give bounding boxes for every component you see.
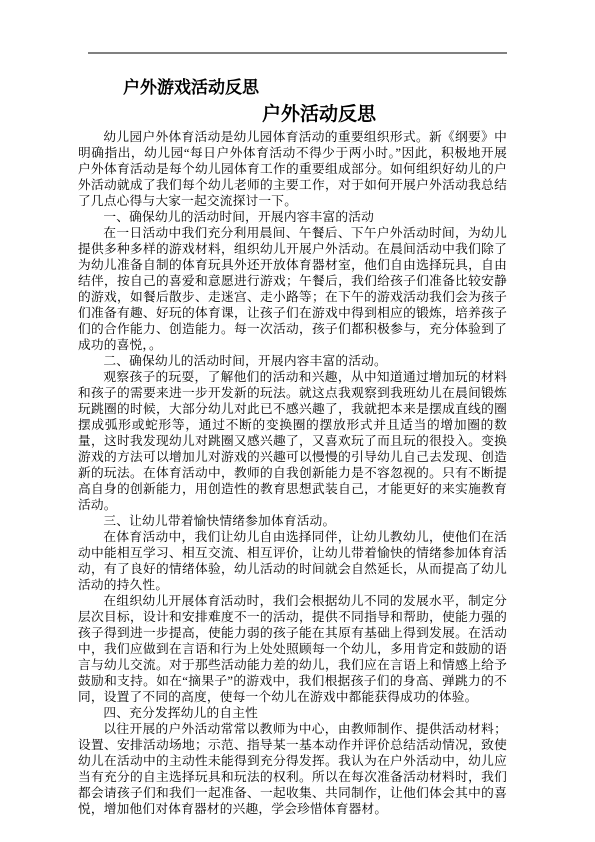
document-page: 户外游戏活动反思 户外活动反思 幼儿园户外体育活动是幼儿园体育活动的重要组织形式…: [0, 0, 595, 842]
intro-paragraph: 幼儿园户外体育活动是幼儿园体育活动的重要组织形式。新《纲要》中明确指出，幼儿园“…: [78, 129, 507, 209]
top-divider-rule: [88, 52, 507, 54]
document-title-secondary: 户外活动反思: [262, 103, 507, 127]
document-body: 幼儿园户外体育活动是幼儿园体育活动的重要组织形式。新《纲要》中明确指出，幼儿园“…: [78, 129, 507, 817]
section-1-paragraph: 在一日活动中我们充分利用晨间、午餐后、下午户外活动时间，为幼儿提供多种多样的游戏…: [78, 225, 507, 353]
section-4-paragraph: 以往开展的户外活动常常以教师为中心，由教师制作、提供活动材料；设置、安排活动场地…: [78, 721, 507, 817]
section-2-paragraph: 观察孩子的玩耍，了解他们的活动和兴趣，从中知道通过增加玩的材料和孩子的需要来进一…: [78, 369, 507, 513]
document-title-primary: 户外游戏活动反思: [123, 77, 507, 99]
section-3-heading: 三、让幼儿带着愉快情绪参加体育活动。: [78, 513, 507, 529]
section-1-heading: 一、确保幼儿的活动时间，开展内容丰富的活动: [78, 209, 507, 225]
section-3-paragraph-1: 在体育活动中，我们让幼儿自由选择同伴，让幼儿教幼儿，使他们在活动中能相互学习、相…: [78, 529, 507, 593]
section-3-paragraph-2: 在组织幼儿开展体育活动时，我们会根据幼儿不同的发展水平，制定分层次目标，设计和安…: [78, 593, 507, 705]
section-4-heading: 四、充分发挥幼儿的自主性: [78, 705, 507, 721]
section-2-heading: 二、确保幼儿的活动时间，开展内容丰富的活动。: [78, 353, 507, 369]
